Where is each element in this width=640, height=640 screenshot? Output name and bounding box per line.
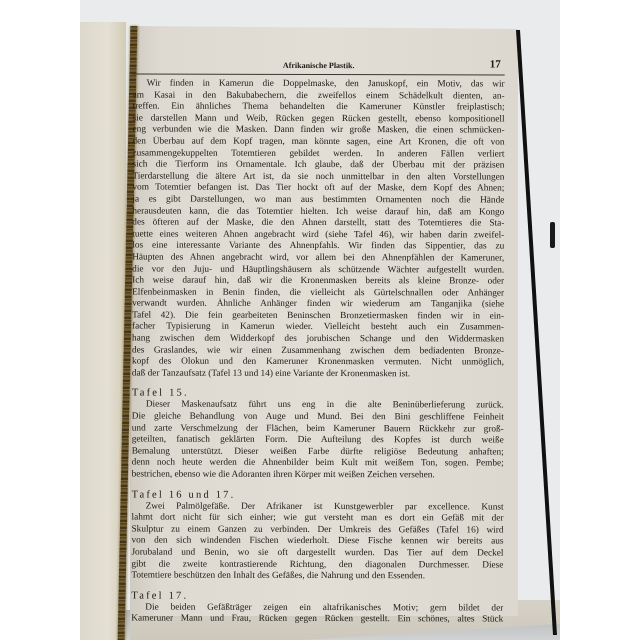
text-line: von den sich windenden Fischen wiederhol… [131, 536, 503, 549]
text-line: lahmt dort nicht für sich einher; wie gu… [132, 513, 504, 526]
text-line: Wir finden in Kamerun die Doppelmaske, d… [133, 79, 505, 92]
text-line: Totemtiere beschützen den Inhalt des Gef… [131, 571, 503, 584]
section-heading: Tafel 15. [132, 388, 504, 400]
text-line: sich die Tierform ins Ornamentale. Ich g… [132, 160, 504, 173]
book-cover-edge [516, 30, 557, 635]
text-line: die vor den Juju- und Häuptlingshäusern … [132, 264, 504, 277]
text-line: herausdeuten kann, die das Totemtier hie… [132, 206, 504, 219]
text-line: vom Totemtier befangen ist. Das Tier hoc… [132, 183, 504, 196]
text-line: geteilten, fanatisch geklärten Form. Die… [132, 435, 504, 448]
text-line: Kameruner Mann und Frau, Rücken gegen Rü… [131, 614, 503, 627]
text-line: Die gleiche Behandlung von Auge und Mund… [132, 412, 504, 425]
text-line: Jorubaland und Benin, wo sie oft dargest… [131, 547, 503, 560]
text-line: los eine interessante Variante des Ahnen… [132, 241, 504, 254]
page-body: Wir finden in Kamerun die Doppelmaske, d… [131, 79, 504, 627]
text-line: facher Typisierung in Kamerun wieder. Vi… [132, 322, 504, 335]
text-line: am Kasai in den Bakubabechern, die zweif… [133, 90, 505, 103]
text-line: Zwei Palmölgefäße. Der Afrikaner ist Kun… [132, 501, 504, 514]
running-head: Afrikanische Plastik. 17 [133, 58, 505, 76]
text-line: gibt die zweite kontrastierende Richtung… [131, 559, 503, 572]
page-text-block: Afrikanische Plastik. 17 Wir finden in K… [131, 58, 504, 627]
text-line: bestrichen, ebenso wie die Adoranten ihr… [132, 470, 504, 483]
section-heading: Tafel 17. [131, 590, 503, 602]
text-line: Elfenbeinmasken in Benin finden, die vie… [132, 287, 504, 300]
running-title: Afrikanische Plastik. [133, 61, 505, 71]
text-line: verwandt wurden. Ähnliche Anhänger finde… [132, 299, 504, 312]
page-number: 17 [490, 58, 501, 70]
cover-clasp [550, 222, 555, 248]
text-line: Dieser Maskenaufsatz führt uns eng in di… [132, 400, 504, 413]
text-line: kopf des Olokun und den Kameruner Kronen… [132, 357, 504, 370]
text-line: Tafel 42). Die fein gearbeiteten Beninsc… [132, 310, 504, 323]
text-line: Bemalung unterstützt. Dieser weißen Farb… [132, 446, 504, 459]
text-line: den Überbau auf dem Kopf tragen, man kön… [133, 136, 505, 149]
text-line: treffen. Ein ähnliches Thema behandelten… [133, 102, 505, 115]
text-line: Die beiden Gefäßträger zeigen ein altafr… [131, 602, 503, 615]
text-line: zusammengekuppelten Totemtieren gebildet… [132, 148, 504, 161]
text-line: und zarte Verschmelzung der Flächen, bei… [132, 423, 504, 436]
text-line: des Graslandes, wie wir einen Zusammenha… [132, 345, 504, 358]
paragraph: Die beiden Gefäßträger zeigen ein altafr… [131, 602, 503, 626]
text-line: ja es gibt Darstellungen, wo man aus bes… [132, 194, 504, 207]
text-line: sie darstellen Mann und Weib, Rücken geg… [133, 113, 505, 126]
paragraph: Dieser Maskenaufsatz führt uns eng in di… [132, 400, 504, 482]
text-line: Skulptur zu einem Ganzen zu verbinden. D… [131, 524, 503, 537]
section-heading: Tafel 16 und 17. [132, 489, 504, 501]
text-line: Tierdarstellung die ältere Art ist, da s… [132, 171, 504, 184]
text-line: eng verbunden wie die Masken. Dann finde… [133, 125, 505, 138]
text-line: tuette eines weiteren Ahnen angebracht w… [132, 229, 504, 242]
book-photo: Afrikanische Plastik. 17 Wir finden in K… [80, 0, 560, 640]
text-line: Ich weise darauf hin, daß wir die Kronen… [132, 276, 504, 289]
text-line: des öfteren auf der Maske, die den Ahnen… [132, 218, 504, 231]
text-line: Häupten des Ahnen angebracht wird, vor a… [132, 252, 504, 265]
text-line: hang zwischen dem Widderkopf des jorubis… [132, 334, 504, 347]
paragraph: Wir finden in Kamerun die Doppelmaske, d… [132, 79, 505, 381]
paragraph: Zwei Palmölgefäße. Der Afrikaner ist Kun… [131, 501, 503, 583]
text-line: daß der Tanzaufsatz (Tafel 13 und 14) ei… [132, 368, 504, 381]
text-line: denn noch heute werden die Ahnenbilder b… [132, 458, 504, 471]
